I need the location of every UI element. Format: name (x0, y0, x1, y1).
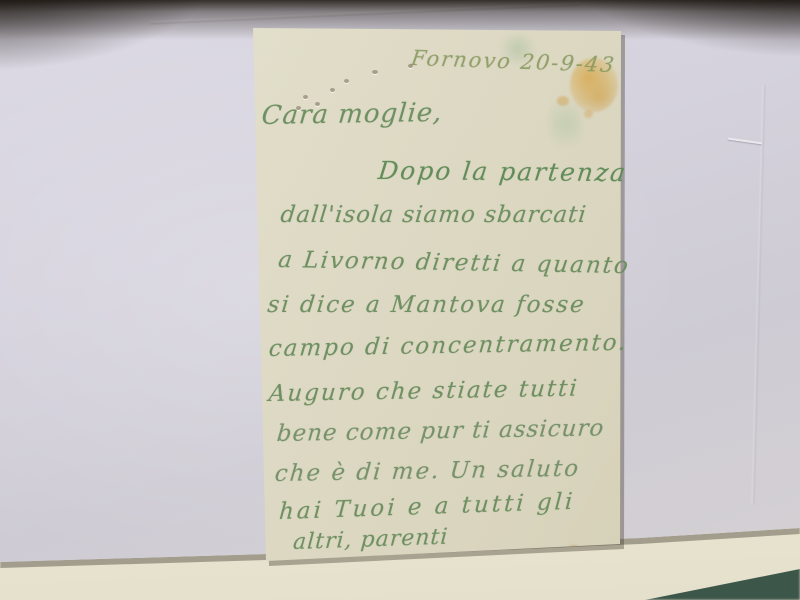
puncture-mark (330, 88, 335, 92)
puncture-mark (344, 79, 349, 83)
handwritten-line: Auguro che stiate tutti (268, 376, 580, 407)
green-ink-smudge (550, 92, 582, 156)
handwritten-line-salutation: Cara moglie, (260, 98, 443, 131)
letter-photograph: Fornovo 20-9-43 Cara moglie, Dopo la par… (0, 0, 800, 600)
puncture-mark (303, 95, 308, 99)
yellow-stain-dot (584, 110, 593, 118)
handwritten-line: si dice a Mantova fosse (266, 292, 587, 318)
puncture-mark (372, 70, 378, 74)
handwritten-line: dall'isola siamo sbarcati (279, 202, 588, 228)
handwritten-line: che è di me. Un saluto (274, 456, 581, 487)
handwritten-line: Dopo la partenza (377, 156, 629, 187)
